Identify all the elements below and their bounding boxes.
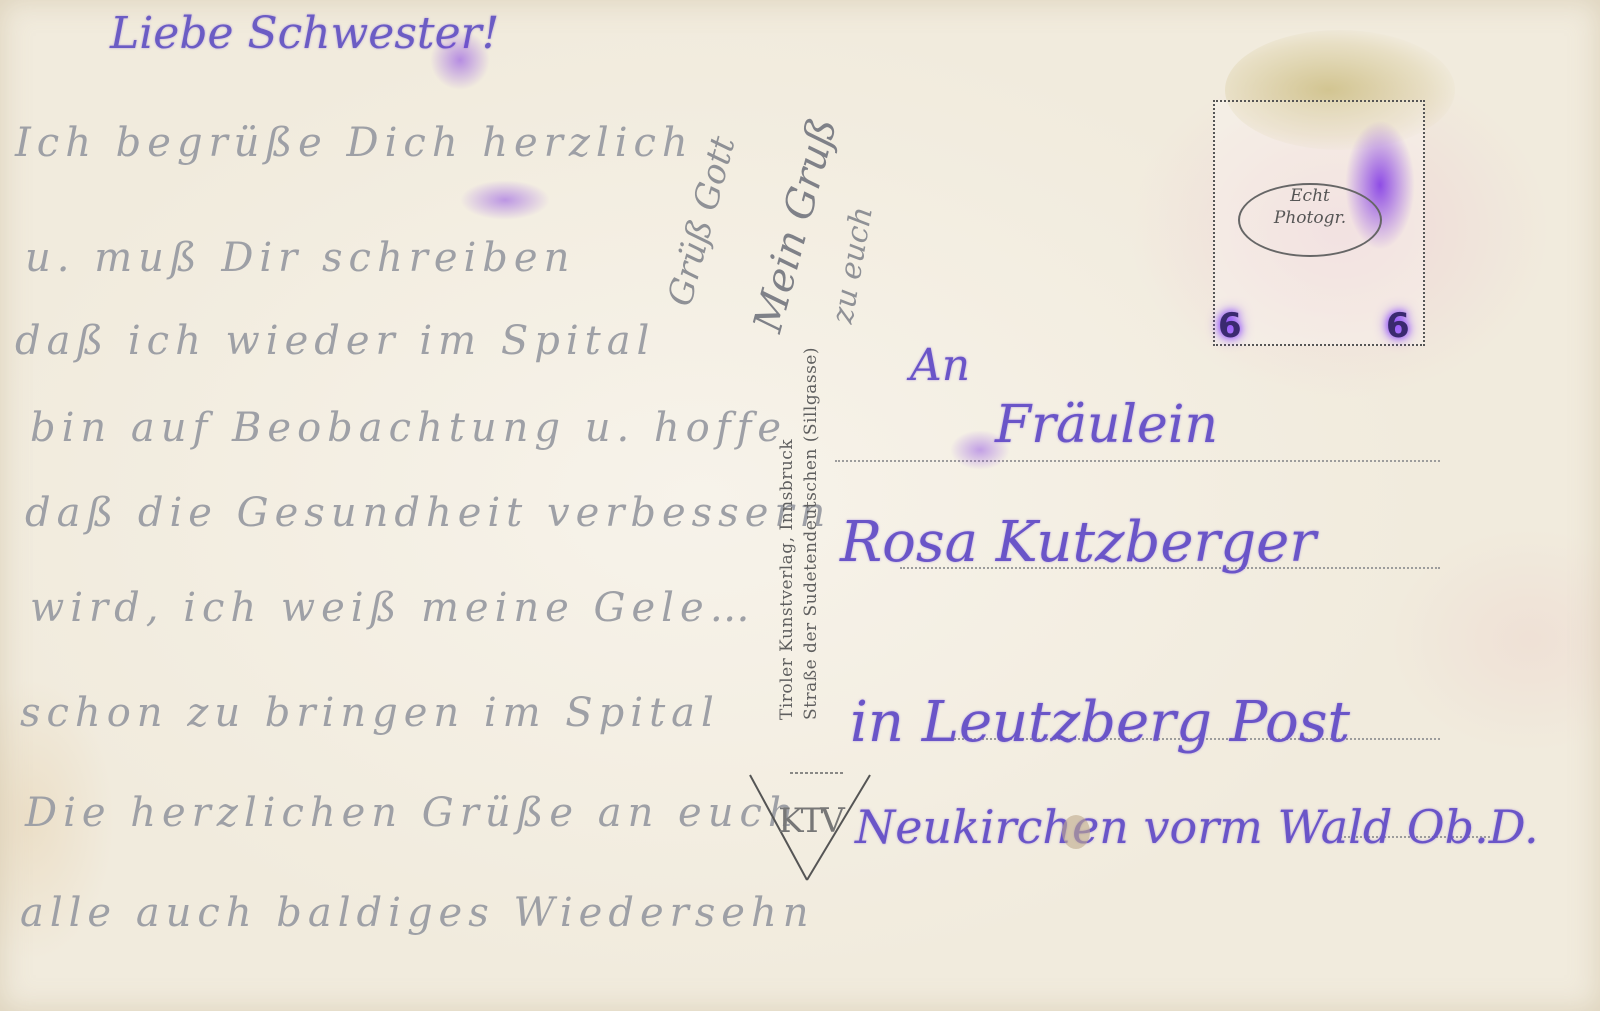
message-line: Ich begrüße Dich herzlich	[15, 120, 694, 166]
publisher-line-2: Straße der Sudetendeutschen (Sillgasse)	[799, 347, 823, 720]
address-line-rule	[835, 460, 1440, 462]
address-recipient: Rosa Kutzberger	[840, 510, 1316, 575]
message-line: Die herzlichen Grüße an euch	[25, 790, 800, 836]
postage-mark-left: 6	[1218, 306, 1242, 346]
postcard-back: Liebe Schwester! Ich begrüße Dich herzli…	[0, 0, 1600, 1011]
ink-smudge	[430, 30, 490, 90]
message-line: schon zu bringen im Spital	[20, 690, 720, 736]
message-line: bin auf Beobachtung u. hoffe	[30, 405, 787, 451]
publisher-line-1: Tiroler Kunstverlag, Innsbruck	[775, 347, 799, 720]
address-salutation: An	[910, 340, 970, 391]
postage-mark-right: 6	[1386, 306, 1410, 346]
publisher-imprint: Tiroler Kunstverlag, Innsbruck Straße de…	[775, 347, 823, 720]
address-locality: in Leutzberg Post	[850, 690, 1350, 755]
ink-smudge	[950, 430, 1010, 470]
ink-smudge	[460, 180, 550, 220]
message-line: daß ich wieder im Spital	[15, 318, 655, 364]
message-line: wird, ich weiß meine Gele…	[30, 585, 756, 631]
address-title: Fräulein	[995, 395, 1218, 455]
stain	[1062, 815, 1090, 849]
photo-oval-stamp: Echt Photogr.	[1238, 183, 1382, 257]
svg-text:KTV: KTV	[778, 801, 846, 841]
side-note-line: zu euch	[825, 204, 880, 326]
message-line: u. muß Dir schreiben	[25, 235, 575, 281]
message-line: alle auch baldiges Wiedersehn	[20, 890, 814, 936]
message-line: daß die Gesundheit verbessern	[25, 490, 831, 536]
address-town: Neukirchen vorm Wald Ob.D.	[855, 800, 1539, 854]
